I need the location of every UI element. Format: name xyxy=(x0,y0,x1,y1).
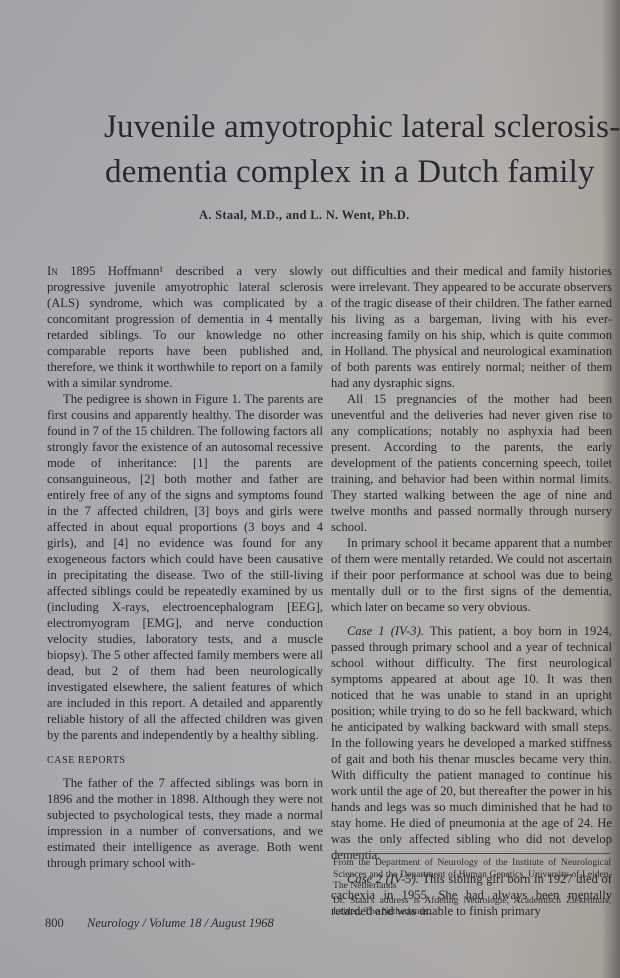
case-1-paragraph: Case 1 (IV-3). This patient, a boy born … xyxy=(331,623,612,863)
spacer xyxy=(331,615,612,623)
footnote-divider xyxy=(333,853,610,854)
footnote-affiliation: From the Department of Neurology of the … xyxy=(333,857,611,892)
footnotes: From the Department of Neurology of the … xyxy=(333,857,611,921)
page-number: 800 xyxy=(45,916,87,931)
article-authors: A. Staal, M.D., and L. N. Went, Ph.D. xyxy=(199,208,410,223)
right-column: out difficulties and their medical and f… xyxy=(331,263,612,919)
parents-continued-paragraph: out difficulties and their medical and f… xyxy=(331,263,612,391)
title-line-2: dementia complex in a Dutch family xyxy=(104,150,614,195)
intro-paragraph: In 1895 Hoffmann¹ described a very slowl… xyxy=(47,263,323,391)
left-column: In 1895 Hoffmann¹ described a very slowl… xyxy=(47,263,323,871)
pedigree-paragraph: The pedigree is shown in Figure 1. The p… xyxy=(47,391,323,743)
journal-citation: Neurology / Volume 18 / August 1968 xyxy=(87,916,274,930)
section-heading-case-reports: CASE REPORTS xyxy=(47,753,323,769)
pregnancies-paragraph: All 15 pregnancies of the mother had bee… xyxy=(331,391,612,535)
case-1-label: Case 1 (IV-3). xyxy=(347,624,424,638)
footnote-address: Dr. Staal's address is Afdeling Neurolog… xyxy=(333,895,611,918)
page-footer: 800Neurology / Volume 18 / August 1968 xyxy=(45,916,274,931)
intro-text: 1895 Hoffmann¹ described a very slowly p… xyxy=(47,264,323,390)
case-1-text: This patient, a boy born in 1924, passed… xyxy=(331,624,612,862)
article-title: Juvenile amyotrophic lateral sclerosis- … xyxy=(104,105,614,195)
title-line-1: Juvenile amyotrophic lateral sclerosis- xyxy=(104,105,614,150)
drop-lead-word: In xyxy=(47,264,58,278)
parents-paragraph: The father of the 7 affected siblings wa… xyxy=(47,775,323,871)
primary-school-paragraph: In primary school it became apparent tha… xyxy=(331,535,612,615)
